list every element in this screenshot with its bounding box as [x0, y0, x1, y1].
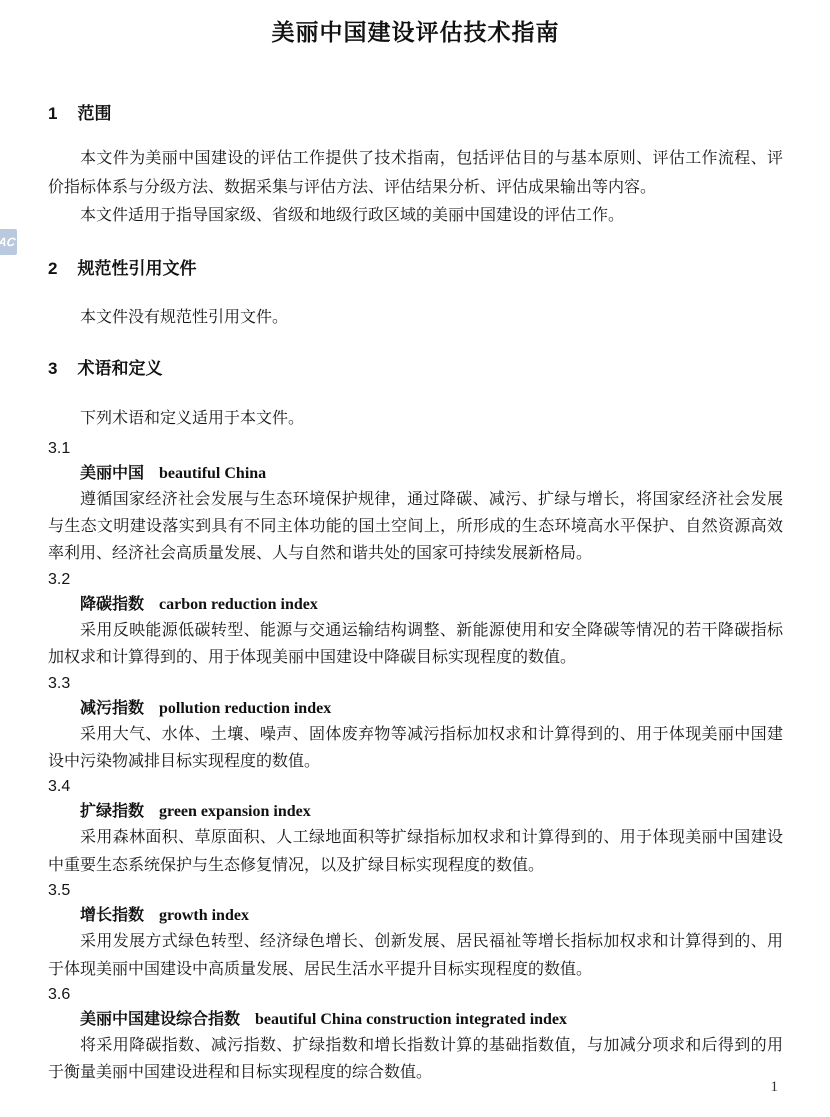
term-heading: 降碳指数carbon reduction index	[48, 592, 783, 617]
section-label: 范围	[77, 104, 111, 123]
section-heading-terms: 3术语和定义	[48, 359, 783, 378]
section-heading-scope: 1范围	[48, 104, 783, 123]
normative-references-paragraphs: 本文件没有规范性引用文件。	[48, 304, 783, 333]
terms-list: 3.1 美丽中国beautiful China 遵循国家经济社会发展与生态环境保…	[48, 437, 783, 1087]
term-number: 3.3	[48, 672, 783, 696]
term-number: 3.1	[48, 437, 783, 461]
term-definition: 采用大气、水体、土壤、噪声、固体废弃物等减污指标加权求和计算得到的、用于体现美丽…	[48, 721, 783, 776]
section-label: 规范性引用文件	[77, 259, 196, 278]
term-name-zh: 降碳指数	[80, 596, 144, 613]
term-number: 3.5	[48, 879, 783, 903]
sac-watermark-text: AC	[0, 235, 16, 249]
page-number: 1	[771, 1079, 779, 1096]
term-name-en: carbon reduction index	[159, 596, 318, 613]
term-number: 3.6	[48, 983, 783, 1007]
terms-intro-wrap: 下列术语和定义适用于本文件。	[48, 405, 783, 434]
term-heading: 扩绿指数green expansion index	[48, 799, 783, 824]
term-name-zh: 增长指数	[80, 907, 144, 924]
term-definition: 采用森林面积、草原面积、人工绿地面积等扩绿指标加权求和计算得到的、用于体现美丽中…	[48, 824, 783, 879]
scope-paragraphs: 本文件为美丽中国建设的评估工作提供了技术指南，包括评估目的与基本原则、评估工作流…	[48, 145, 783, 231]
term-number: 3.2	[48, 568, 783, 592]
term-definition: 采用发展方式绿色转型、经济绿色增长、创新发展、居民福祉等增长指标加权求和计算得到…	[48, 928, 783, 983]
term-heading: 减污指数pollution reduction index	[48, 696, 783, 721]
term-name-en: growth index	[159, 907, 249, 924]
normative-references-paragraph: 本文件没有规范性引用文件。	[48, 304, 783, 333]
term-name-zh: 美丽中国建设综合指数	[80, 1011, 240, 1028]
term-definition: 将采用降碳指数、减污指数、扩绿指数和增长指数计算的基础指数值，与加减分项求和后得…	[48, 1032, 783, 1087]
section-number: 2	[48, 259, 57, 278]
document-content: 美丽中国建设评估技术指南 1范围 本文件为美丽中国建设的评估工作提供了技术指南，…	[0, 0, 830, 1087]
section-number: 1	[48, 104, 57, 123]
term-entry-3-3: 3.3 减污指数pollution reduction index 采用大气、水…	[48, 672, 783, 776]
term-name-en: green expansion index	[159, 803, 311, 820]
term-name-en: pollution reduction index	[159, 700, 331, 717]
term-definition: 遵循国家经济社会发展与生态环境保护规律，通过降碳、减污、扩绿与增长，将国家经济社…	[48, 486, 783, 568]
term-name-zh: 扩绿指数	[80, 803, 144, 820]
scope-paragraph-1: 本文件为美丽中国建设的评估工作提供了技术指南，包括评估目的与基本原则、评估工作流…	[48, 145, 783, 202]
document-page: AC 美丽中国建设评估技术指南 1范围 本文件为美丽中国建设的评估工作提供了技术…	[0, 0, 830, 1117]
document-title: 美丽中国建设评估技术指南	[48, 0, 783, 48]
term-number: 3.4	[48, 775, 783, 799]
term-entry-3-1: 3.1 美丽中国beautiful China 遵循国家经济社会发展与生态环境保…	[48, 437, 783, 568]
term-name-en: beautiful China	[159, 465, 266, 482]
section-number: 3	[48, 359, 57, 378]
section-label: 术语和定义	[77, 359, 162, 378]
term-name-zh: 减污指数	[80, 700, 144, 717]
term-name-zh: 美丽中国	[80, 465, 144, 482]
scope-paragraph-2: 本文件适用于指导国家级、省级和地级行政区域的美丽中国建设的评估工作。	[48, 202, 783, 231]
term-heading: 美丽中国beautiful China	[48, 461, 783, 486]
term-entry-3-5: 3.5 增长指数growth index 采用发展方式绿色转型、经济绿色增长、创…	[48, 879, 783, 983]
term-heading: 增长指数growth index	[48, 903, 783, 928]
section-heading-normative-references: 2规范性引用文件	[48, 259, 783, 278]
term-entry-3-6: 3.6 美丽中国建设综合指数beautiful China constructi…	[48, 983, 783, 1087]
term-entry-3-4: 3.4 扩绿指数green expansion index 采用森林面积、草原面…	[48, 775, 783, 879]
term-definition: 采用反映能源低碳转型、能源与交通运输结构调整、新能源使用和安全降碳等情况的若干降…	[48, 617, 783, 672]
sac-watermark-badge: AC	[0, 229, 17, 255]
term-name-en: beautiful China construction integrated …	[255, 1011, 567, 1028]
term-entry-3-2: 3.2 降碳指数carbon reduction index 采用反映能源低碳转…	[48, 568, 783, 672]
terms-intro: 下列术语和定义适用于本文件。	[48, 405, 783, 434]
term-heading: 美丽中国建设综合指数beautiful China construction i…	[48, 1007, 783, 1032]
